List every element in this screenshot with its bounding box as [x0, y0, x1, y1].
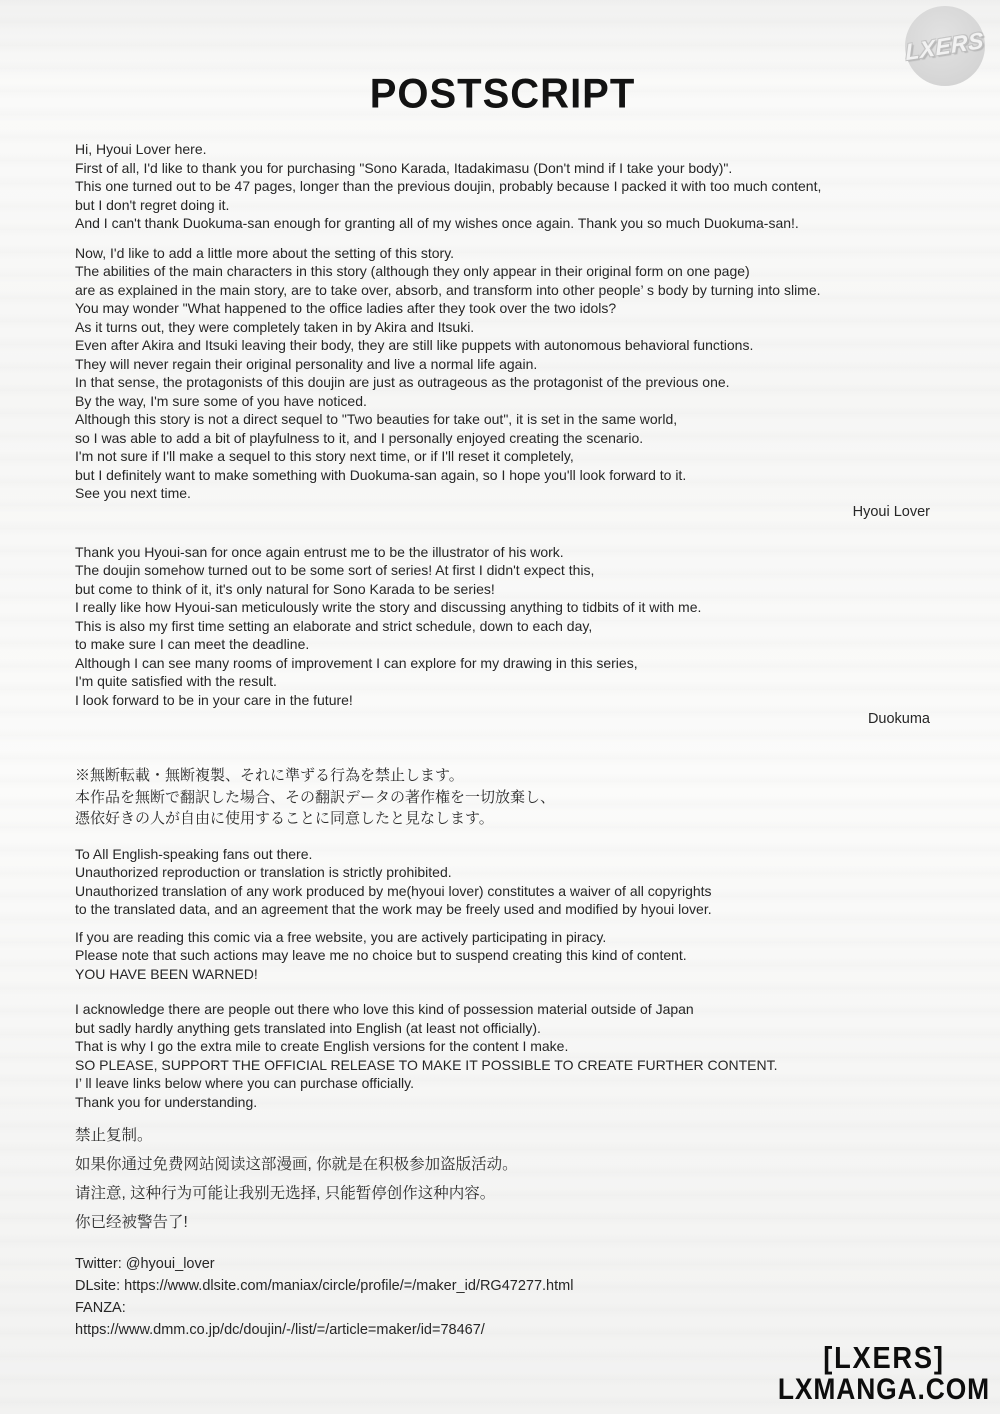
lxmanga-domain-text: LXMANGA.COM	[778, 1373, 990, 1406]
hyoui-greeting-paragraph: Hi, Hyoui Lover here. First of all, I'd …	[75, 140, 930, 233]
duokuma-message-paragraph: Thank you Hyoui-san for once again entru…	[75, 543, 930, 710]
lxers-watermark-text: LXERS	[905, 26, 985, 65]
official-links: Twitter: @hyoui_lover DLsite: https://ww…	[75, 1253, 930, 1341]
fanza-link: https://www.dmm.co.jp/dc/doujin/-/list/=…	[75, 1319, 930, 1341]
hyoui-lover-signature: Hyoui Lover	[75, 503, 930, 522]
piracy-warning: If you are reading this comic via a free…	[75, 928, 930, 984]
postscript-page: POSTSCRIPT Hi, Hyoui Lover here. First o…	[0, 72, 1000, 1341]
lxmanga-site-logo: [LXERS] LXMANGA.COM	[778, 1342, 990, 1406]
fanza-label: FANZA:	[75, 1297, 930, 1319]
hyoui-setting-paragraph: Now, I'd like to add a little more about…	[75, 244, 930, 503]
duokuma-signature: Duokuma	[75, 710, 930, 729]
official-support-request: I acknowledge there are people out there…	[75, 1000, 930, 1111]
page-title: POSTSCRIPT	[75, 71, 930, 118]
lxers-logo-text: [LXERS]	[778, 1342, 990, 1373]
chinese-warning-notice: 禁止复制。 如果你通过免费网站阅读这部漫画, 你就是在积极参加盗版活动。 请注意…	[75, 1121, 930, 1237]
twitter-handle: Twitter: @hyoui_lover	[75, 1253, 930, 1275]
japanese-copyright-notice: ※無断転載・無断複製、それに準ずる行為を禁止します。 本作品を無断で翻訳した場合…	[75, 765, 930, 830]
english-copyright-notice: To All English-speaking fans out there. …	[75, 845, 930, 919]
dlsite-link: DLsite: https://www.dlsite.com/maniax/ci…	[75, 1275, 930, 1297]
